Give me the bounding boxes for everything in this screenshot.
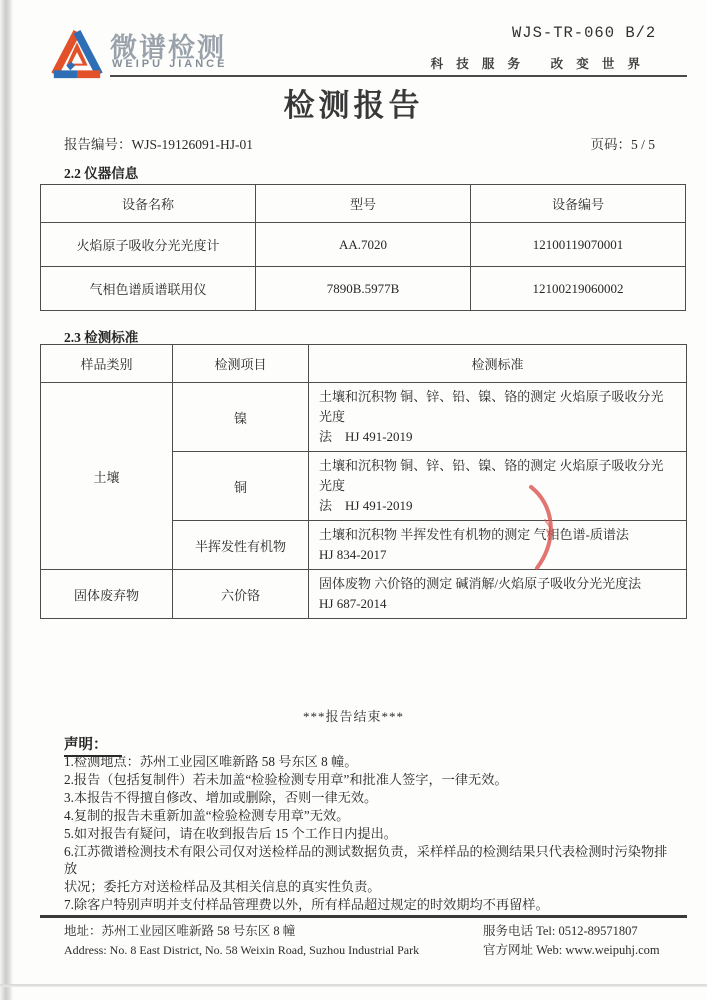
col-header-device-name: 设备名称 bbox=[41, 185, 256, 223]
test-standard-cell: 土壤和沉积物 铜、锌、铅、镍、铬的测定 火焰原子吸收分光光度 法 HJ 491-… bbox=[309, 452, 687, 521]
table-header-row: 样品类别 检测项目 检测标准 bbox=[41, 345, 687, 383]
header-divider bbox=[110, 75, 687, 77]
footer-divider bbox=[40, 915, 687, 918]
statement-item: 4.复制的报告未重新加盖“检验检测专用章”无效。 bbox=[64, 807, 680, 825]
standards-table: 样品类别 检测项目 检测标准 土壤 镍 土壤和沉积物 铜、锌、铅、镍、铬的测定 … bbox=[40, 344, 687, 619]
weipu-logo-icon bbox=[48, 26, 106, 87]
report-meta-row: 报告编号：WJS-19126091-HJ-01 页码：5 / 5 bbox=[64, 133, 655, 153]
document-code: WJS-TR-060 B/2 bbox=[512, 24, 656, 42]
col-header-model: 型号 bbox=[256, 185, 471, 223]
table-row: 土壤 镍 土壤和沉积物 铜、锌、铅、镍、铬的测定 火焰原子吸收分光光度 法 HJ… bbox=[41, 383, 687, 452]
sample-category-cell: 固体废弃物 bbox=[41, 570, 173, 619]
device-name-cell: 火焰原子吸收分光光度计 bbox=[41, 223, 256, 267]
device-name-cell: 气相色谱质谱联用仪 bbox=[41, 267, 256, 311]
test-item-cell: 六价铬 bbox=[173, 570, 309, 619]
report-title: 检测报告 bbox=[20, 80, 687, 125]
col-header-device-no: 设备编号 bbox=[471, 185, 686, 223]
statement-item: 1.检测地点：苏州工业园区唯新路 58 号东区 8 幢。 bbox=[64, 753, 680, 771]
report-number-value: WJS-19126091-HJ-01 bbox=[132, 137, 254, 152]
report-number-label: 报告编号： bbox=[64, 137, 132, 152]
footer-contact-block: 服务电话 Tel: 0512-89571807 官方网址 Web: www.we… bbox=[483, 922, 660, 960]
footer-address-block: 地址：苏州工业园区唯新路 58 号东区 8 幢 Address: No. 8 E… bbox=[64, 922, 419, 960]
table-row: 气相色谱质谱联用仪 7890B.5977B 12100219060002 bbox=[41, 267, 686, 311]
page-number-label: 页码： bbox=[590, 137, 631, 152]
footer-address-en: Address: No. 8 East District, No. 58 Wei… bbox=[64, 941, 419, 960]
statement-item: 2.报告（包括复制件）若未加盖“检验检测专用章”和批准人签字，一律无效。 bbox=[64, 771, 680, 789]
instruments-table: 设备名称 型号 设备编号 火焰原子吸收分光光度计 AA.7020 1210011… bbox=[40, 184, 686, 311]
red-stamp-mark bbox=[523, 484, 571, 579]
scan-edge-left bbox=[0, 0, 13, 1000]
table-row: 固体废弃物 六价铬 固体废物 六价铬的测定 碱消解/火焰原子吸收分光光度法 HJ… bbox=[41, 570, 687, 619]
report-page: 微谱检测 WEIPU JIANCE WJS-TR-060 B/2 科 技 服 务… bbox=[0, 0, 707, 1000]
statement-item: 7.除客户特别声明并支付样品管理费以外，所有样品超过规定的时效期均不再留样。 bbox=[64, 896, 680, 914]
test-standard-cell: 固体废物 六价铬的测定 碱消解/火焰原子吸收分光光度法 HJ 687-2014 bbox=[309, 570, 687, 619]
device-no-cell: 12100219060002 bbox=[471, 267, 686, 311]
table-row: 火焰原子吸收分光光度计 AA.7020 12100119070001 bbox=[41, 223, 686, 267]
model-cell: AA.7020 bbox=[256, 223, 471, 267]
statement-item: 5.如对报告有疑问，请在收到报告后 15 个工作日内提出。 bbox=[64, 825, 680, 843]
device-no-cell: 12100119070001 bbox=[471, 223, 686, 267]
table-header-row: 设备名称 型号 设备编号 bbox=[41, 185, 686, 223]
test-item-cell: 半挥发性有机物 bbox=[173, 521, 309, 570]
test-standard-cell: 土壤和沉积物 铜、锌、铅、镍、铬的测定 火焰原子吸收分光光度 法 HJ 491-… bbox=[309, 383, 687, 452]
sample-category-cell: 土壤 bbox=[41, 383, 173, 570]
model-cell: 7890B.5977B bbox=[256, 267, 471, 311]
footer-tel: 服务电话 Tel: 0512-89571807 bbox=[483, 922, 660, 941]
footer-address-cn: 地址：苏州工业园区唯新路 58 号东区 8 幢 bbox=[64, 922, 419, 941]
footer-web: 官方网址 Web: www.weipuhj.com bbox=[483, 941, 660, 960]
test-standard-cell: 土壤和沉积物 半挥发性有机物的测定 气相色谱-质谱法 HJ 834-2017 bbox=[309, 521, 687, 570]
page-number: 页码：5 / 5 bbox=[590, 133, 655, 153]
logo-english-name: WEIPU JIANCE bbox=[112, 58, 227, 70]
test-item-cell: 铜 bbox=[173, 452, 309, 521]
end-of-report-marker: ***报告结束*** bbox=[20, 706, 687, 725]
statement-item: 6.江苏微谱检测技术有限公司仅对送检样品的测试数据负责，采样样品的检测结果只代表… bbox=[64, 843, 680, 897]
col-header-test-standard: 检测标准 bbox=[309, 345, 687, 383]
section-heading-standards: 2.3 检测标准 bbox=[64, 326, 138, 346]
report-number: 报告编号：WJS-19126091-HJ-01 bbox=[64, 133, 253, 153]
scan-edge-bottom bbox=[0, 984, 707, 987]
test-item-cell: 镍 bbox=[173, 383, 309, 452]
statement-item: 3.本报告不得擅自修改、增加或删除，否则一律无效。 bbox=[64, 789, 680, 807]
statement-list: 1.检测地点：苏州工业园区唯新路 58 号东区 8 幢。 2.报告（包括复制件）… bbox=[64, 753, 680, 914]
section-heading-instruments: 2.2 仪器信息 bbox=[64, 162, 138, 182]
col-header-sample-category: 样品类别 bbox=[41, 345, 173, 383]
page-number-value: 5 / 5 bbox=[631, 137, 655, 152]
company-slogan: 科 技 服 务 改 变 世 界 bbox=[431, 54, 645, 72]
col-header-test-item: 检测项目 bbox=[173, 345, 309, 383]
